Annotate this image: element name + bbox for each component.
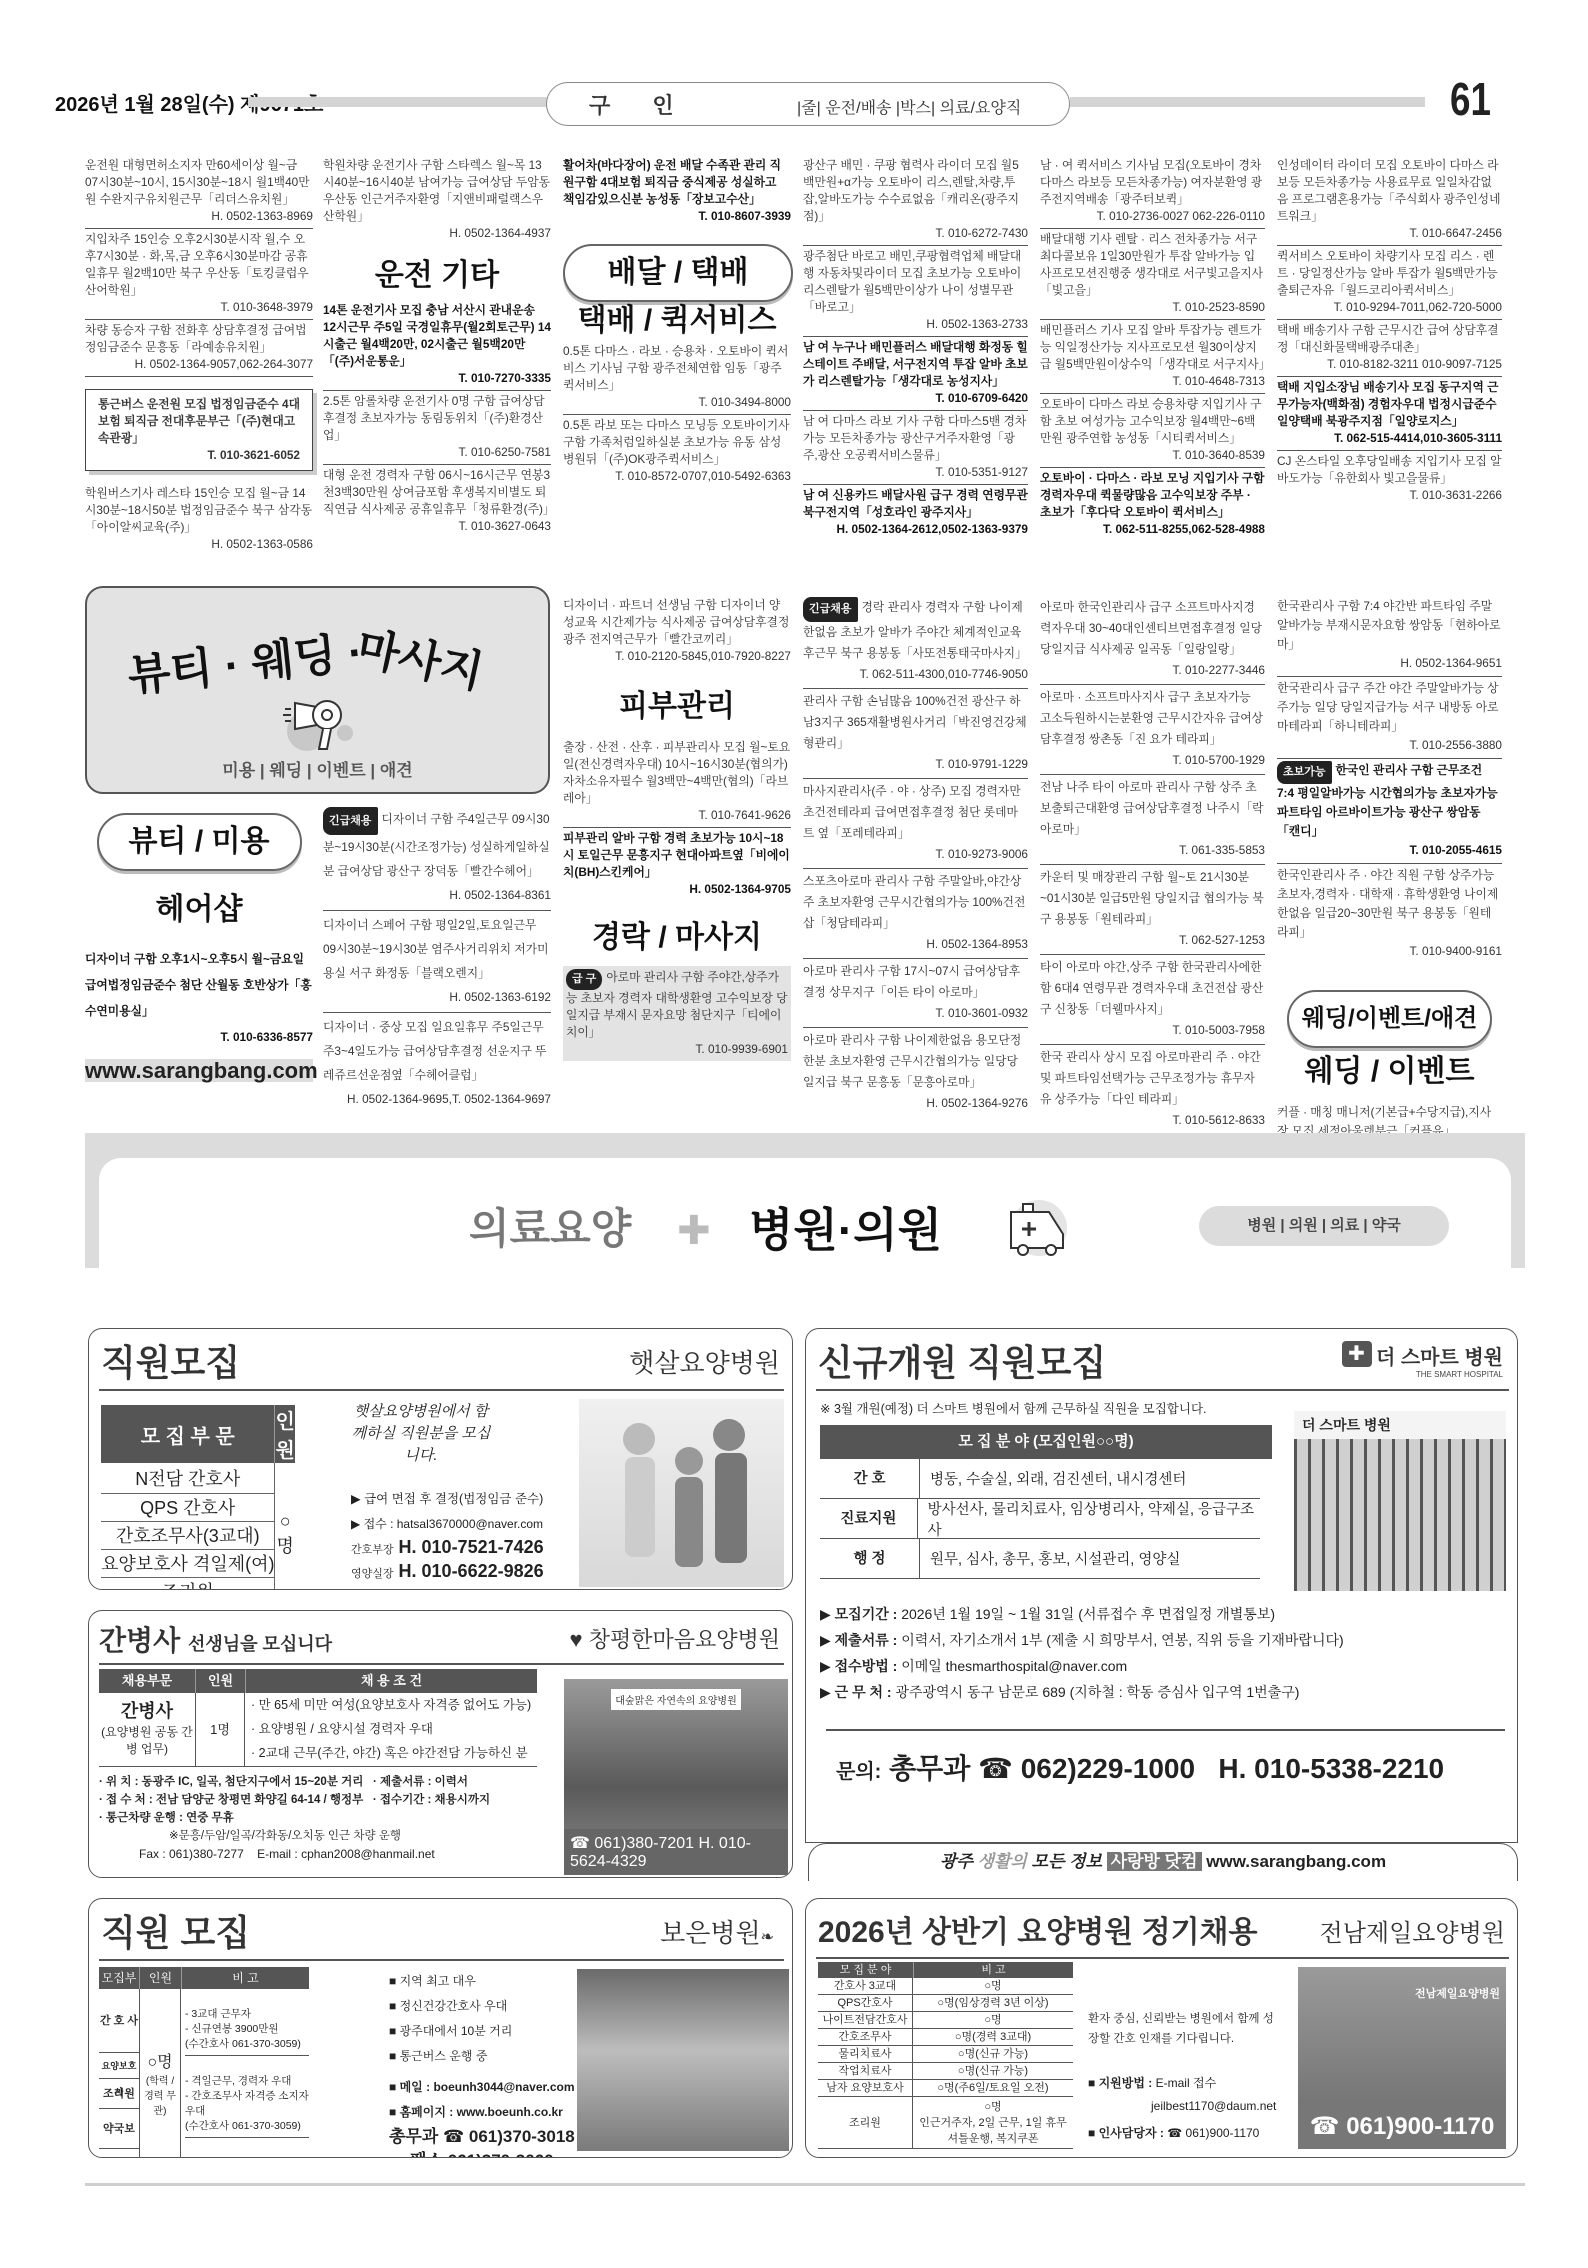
medical-banner-inner: 의료요양 ✚ 병원·의원 병원 | 의원 | 의료 | 약국 (99, 1158, 1511, 1268)
info-item: ▶ 제출서류 : 이력서, 자기소개서 1부 (제출 시 희망부서, 연봉, 직… (820, 1627, 1344, 1653)
position-cell: 요양보호사 격일제(여) (101, 1549, 275, 1577)
banner-categories: 미용 | 웨딩 | 이벤트 | 애견 (87, 756, 548, 781)
beginner-tag: 초보가능 (1277, 761, 1332, 784)
medical-banner: 의료요양 ✚ 병원·의원 병원 | 의원 | 의료 | 약국 (85, 1133, 1525, 1268)
photo-contact: ☎ 061)900-1170 (1298, 2105, 1506, 2149)
delivery-column-6: 인성데이터 라이더 모집 오토바이 다마스 라보등 모든차종가능 사용료무료 일… (1277, 155, 1502, 507)
section-heading: 웨딩 / 이벤트 (1277, 1062, 1502, 1081)
ad-title: 신규개원 직원모집 (818, 1335, 1106, 1386)
ad-title: 2026년 상반기 요양병원 정기채용 (818, 1907, 1258, 1951)
homepage-link[interactable]: ■ 홈페이지 : www.boeunh.co.kr (389, 2100, 575, 2125)
table-header: 모집부문인원비 고 (99, 1967, 309, 1989)
info-item: ▶ 접수방법 : 이메일 thesmarthospital@naver.com (820, 1653, 1344, 1679)
details: · 위 치 : 동광주 IC, 일곡, 첨단지구에서 15~20분 거리 · 제… (99, 1773, 539, 1863)
medical-staff-illustration (579, 1399, 784, 1587)
sarangbang-banner[interactable]: 광주 생활의 모든 정보 사랑방 닷컴 www.sarangbang.com (808, 1843, 1518, 1881)
classified-ad: 아로마 한국인관리사 급구 소프트마사지경력자우대 30~40대인센티브면접후결… (1040, 595, 1265, 685)
banner-title-left: 의료요양 (469, 1196, 631, 1256)
banner-title: 뷰티 · 웨딩 · (124, 616, 365, 704)
classified-ad: 한국관리사 급구 주간 야간 주말알바가능 상주가능 일당 당일지급가능 서구 … (1277, 677, 1502, 759)
table-row: 물리치료사○명(신규 가능) (818, 2046, 1073, 2063)
classified-ad: 마사지관리사(주 · 야 · 상주) 모집 경력자만 초건전테라피 급여면접후결… (803, 779, 1028, 869)
delivery-column-4: 광산구 배민 · 쿠팡 협력사 라이더 모집 월5백만원+α가능 오토바이 리스… (803, 155, 1028, 541)
classified-ad: 디자이너 스페어 구함 평일2일,토요일근무 09시30분~19시30분 염주사… (323, 911, 551, 1013)
info-item: ▶ 모집기간 : 2026년 1월 19일 ~ 1월 31일 (서류접수 후 면… (820, 1601, 1344, 1627)
photo-caption: 대숲맑은 자연속의 요양병원 (611, 1689, 741, 1710)
classified-ad: 아로마 관리사 구함 나이제한없음 용모단정한분 초보자환영 근무시간협의가능 … (803, 1028, 1028, 1117)
classified-ad: 한국인관리사 주 · 야간 직원 구함 상주가능 초보자,경력자 · 대학재 ·… (1277, 864, 1502, 964)
table-row: 간호조무사○명(경력 3교대) (818, 2029, 1073, 2046)
delivery-column-5: 남 · 여 퀵서비스 기사님 모집(오토바이 경차 다마스 라보등 모든차종가능… (1040, 155, 1265, 541)
positions-table: 모 집 부 문인원 N전담 간호사○명 QPS 간호사 간호조무사(3교대) 요… (101, 1405, 295, 1590)
classified-ad: 오토바이 · 다마스 · 라보 모닝 지입기사 구함 경력자우대 퀵물량많음 고… (1040, 468, 1265, 541)
classified-ad: 스포츠아로마 관리사 구함 주말알바,야간상주 초보자환영 근무시간협의가능 1… (803, 869, 1028, 959)
table-row: 간호사 3교대○명 (818, 1978, 1073, 1995)
table-header: 모 집 분 야비 고 (818, 1962, 1073, 1978)
classified-ad: 남 여 다마스 라보 기사 구함 다마스5밴 경차가능 모든차종가능 광산구거주… (803, 411, 1028, 485)
hospital-name: ♥ 창평한마음요양병원 (570, 1623, 780, 1654)
classified-ad: 관리사 구함 손님많음 100%건전 광산구 하남3지구 365재활병원사거리「… (803, 689, 1028, 779)
delivery-column-3: 활어차(바다장어) 운전 배달 수족관 관리 직원구함 4대보험 퇴직금 중식제… (563, 155, 791, 488)
section-heading: 피부관리 (563, 698, 791, 715)
beauty-banner: 뷰티 · 웨딩 · 마사지 미용 | 웨딩 | 이벤트 | 애견 (85, 586, 550, 794)
section-pill-heading: 뷰티 / 미용 (97, 813, 302, 871)
classified-ad: 0.5톤 다마스 · 라보 · 승용차 · 오토바이 퀵서비스 기사님 구함 광… (563, 341, 791, 415)
section-pill-heading: 배달 / 택배 (563, 244, 793, 302)
table-header: 모 집 부 문 (101, 1405, 275, 1463)
classified-ad: 한국관리사 구함 7:4 야간반 파트타임 주말알바가능 부재시문자요함 쌍암동… (1277, 595, 1502, 677)
section-pill: 구 인 |줄| 운전/배송 |박스| 의료/요양직 (546, 82, 1070, 126)
smart-hospital-ad: 신규개원 직원모집 ✚ 더 스마트 병원 THE SMART HOSPITAL … (805, 1328, 1518, 1843)
photo-contact: ☎ 061)380-7201 H. 010-5624-4329 (564, 1829, 788, 1875)
table-row: 나이트전담간호사○명 (818, 2012, 1073, 2029)
hospital-name: 보은병원❧ (660, 1913, 774, 1950)
table-row: 행 정원무, 심사, 총무, 홍보, 시설관리, 영양실 (820, 1539, 1260, 1579)
classified-ad: 남 · 여 퀵서비스 기사님 모집(오토바이 경차 다마스 라보등 모든차종가능… (1040, 155, 1265, 229)
table-body: 간 호 사 요양보호사 조리원 약국보조 ○명(학력 / 경력 무관) - 3교… (99, 1989, 309, 2158)
classified-ad: 아로마 관리사 구함 17시~07시 급여상담후결정 상무지구「이든 타이 아로… (803, 959, 1028, 1028)
cross-icon: ✚ (677, 1208, 711, 1254)
classified-ad: 카운터 및 매장관리 구함 월~토 21시30분~01시30분 일급5만원 당일… (1040, 865, 1265, 955)
jeonnam-hospital-ad: 2026년 상반기 요양병원 정기채용 전남제일요양병원 모 집 분 야비 고 … (805, 1898, 1518, 2158)
website-url[interactable]: www.sarangbang.com (85, 1059, 313, 1082)
hospital-name: 전남제일요양병원 (1320, 1913, 1505, 1948)
hatsal-hospital-ad: 직원모집 햇살요양병원 모 집 부 문인원 N전담 간호사○명 QPS 간호사 … (88, 1328, 793, 1590)
cross-logo-icon: ✚ (1342, 1341, 1372, 1367)
classified-ad: 퀵서비스 오토바이 차량기사 모집 리스 · 렌트 · 당일정산가능 알바 투잡… (1277, 246, 1502, 320)
contact-fax: 팩스 061)370-3060 (389, 2149, 575, 2158)
intro-text: 햇살요양병원에서 함께하실 직원분을 모십니다. (351, 1401, 491, 1467)
classified-ad: 차량 동승자 구함 전화후 상담후결정 급여법정임금준수 문흥동「라예송유치원」… (85, 320, 313, 377)
ad-title: 직원모집 (101, 1335, 240, 1386)
positions-table: 모 집 분 야비 고 간호사 3교대○명 QPS간호사○명(임상경력 3년 이상… (818, 1962, 1073, 2149)
classified-ad: 택배 지입소장님 배송기사 모집 동구지역 근무가능자(백화점) 경험자우대 법… (1277, 377, 1502, 451)
apply-method: ■ 지원방법 : E-mail 접수 (1088, 2074, 1216, 2091)
contact-line: 문의: 총무과 ☎ 062)229-1000 H. 010-5338-2210 (836, 1747, 1444, 1787)
beauty-column-5: 아로마 한국인관리사 급구 소프트마사지경력자우대 30~40대인센티브면접후결… (1040, 595, 1265, 1224)
classified-ad: 광산구 배민 · 쿠팡 협력사 라이더 모집 월5백만원+α가능 오토바이 리스… (803, 155, 1028, 246)
positions-table: 모집부문인원비 고 간 호 사 요양보호사 조리원 약국보조 ○명(학력 / 경… (99, 1967, 309, 2158)
table-row: 간 호병동, 수술실, 외래, 검진센터, 내시경센터 (820, 1459, 1260, 1499)
classified-ad: 디자이너 · 파트너 선생님 구함 디자이너 양성교육 시간제가능 식사제공 급… (563, 595, 791, 668)
boeun-hospital-ad: 직원 모집 보은병원❧ 모집부문인원비 고 간 호 사 요양보호사 조리원 약국… (88, 1898, 793, 2158)
classified-ad: 배달대행 기사 렌탈 · 리스 전차종가능 서구 최다콜보유 1일30만원가 투… (1040, 229, 1265, 320)
classified-ad: 타이 아로마 야간,상주 구함 한국관리사에한함 6대4 연령무관 경력자우대 … (1040, 955, 1265, 1045)
divider (99, 1959, 784, 1961)
classified-ad: 디자이너 구함 오후1시~오후5시 월~금요일 급여법정임금준수 첨단 산월동 … (85, 944, 313, 1053)
urgent-tag: 긴급채용 (323, 807, 378, 835)
banner-title-right: 병원·의원 (749, 1194, 942, 1260)
email-link[interactable]: ■ 메일 : boeunh3044@naver.com (389, 2075, 575, 2100)
salary-note: ▶ 급여 면접 후 결정(법정임금 준수) (351, 1489, 543, 1507)
staff-figures-icon (579, 1399, 784, 1587)
page-header: 2026년 1월 28일(수) 제9671호 구 인 |줄| 운전/배송 |박스… (0, 0, 1588, 140)
position-cell: N전담 간호사 (101, 1463, 275, 1493)
divider (816, 1389, 1509, 1391)
table-row: QPS간호사○명(임상경력 3년 이상) (818, 1995, 1073, 2012)
classified-ad: 남 여 누구나 배민플러스 배달대행 화정동 힐스테이트 주배달, 서구전지역 … (803, 337, 1028, 411)
table-row: 남자 요양보호사○명(주6일/토요일 오전) (818, 2080, 1073, 2097)
urgent-tag: 급 구 (566, 969, 602, 990)
classified-ad: 대형 운전 경력자 구함 06시~16시근무 연봉3천3백30만원 상여금포함 … (323, 465, 551, 538)
heart-apple-icon: ♥ (570, 1627, 583, 1652)
beauty-column-1: 뷰티 / 미용 헤어샵 디자이너 구함 오후1시~오후5시 월~금요일 급여법정… (85, 805, 313, 1082)
hr-contact: ■ 인사담당자 : ☎ 061)900-1170 (1088, 2124, 1259, 2141)
table-row: 간병사(요양병원 공동 간병 업무) 1명 · 만 65세 미만 여성(요양보호… (99, 1693, 537, 1767)
divider (826, 1729, 1505, 1731)
beauty-column-6: 한국관리사 구함 7:4 야간반 파트타임 주말알바가능 부재시문자요함 쌍암동… (1277, 595, 1502, 1163)
classified-ad: 학원차량 운전기사 구함 스타렉스 월~목 13시40분~16시40분 남여가능… (323, 155, 551, 245)
hospital-name: 햇살요양병원 (629, 1343, 780, 1380)
beauty-column-4: 긴급채용경락 관리사 경력자 구함 나이제한없음 초보가 알바가 주야간 체계적… (803, 595, 1028, 1117)
ad-title: 간병사 선생님을 모십니다 (99, 1619, 332, 1659)
fax-email: Fax : 061)380-7277 E-mail : cphan2008@ha… (99, 1845, 539, 1863)
apply-email[interactable]: ▶ 접수 : hatsal3670000@naver.com (351, 1515, 543, 1532)
classified-ad: 남 여 신용카드 배달사원 급구 경력 연령무관 북구전지역「성호라인 광주지사… (803, 485, 1028, 541)
hair-dryer-icon (277, 693, 357, 753)
classified-ad: 전남 나주 타이 아로마 관리사 구함 상주 초보출퇴근대환영 급여상담후결정 … (1040, 775, 1265, 865)
contact-line: 영양실장 H. 010-6622-9826 (351, 1561, 544, 1582)
position-cell: 조리원 (101, 1577, 275, 1590)
classified-ad: CJ 온스타일 오후당일배송 지입기사 모집 알바도가능「유한회사 빛고을물류」… (1277, 451, 1502, 507)
classified-ad: 지입차주 15인승 오후2시30분시작 월,수 오후7시30분 · 화,목,금 … (85, 229, 313, 320)
section-heading: 경락 / 마사지 (563, 929, 791, 946)
hospital-building-photo (577, 1969, 789, 2151)
urgent-tag: 긴급채용 (803, 597, 858, 622)
table-row: 진료지원방사선사, 물리치료사, 임상병리사, 약제실, 응급구조사 (820, 1499, 1260, 1539)
divider (99, 1663, 784, 1665)
contact-tel: 총무과 ☎ 061)370-3018 (389, 2125, 575, 2149)
hospital-building-photo: 전남제일요양병원 ☎ 061)900-1170 (1298, 1967, 1506, 2149)
boxed-ad: 통근버스 운전원 모집 법정임금준수 4대보험 퇴직금 전대후문부근「(주)현대… (85, 389, 313, 471)
beauty-column-3: 디자이너 · 파트너 선생님 구함 디자이너 양성교육 시간제가능 식사제공 급… (563, 595, 791, 1061)
changpyeong-hospital-ad: 간병사 선생님을 모십니다 ♥ 창평한마음요양병원 채용부문인원채 용 조 건 … (88, 1610, 793, 1878)
info-list: ▶ 모집기간 : 2026년 1월 19일 ~ 1월 31일 (서류접수 후 면… (820, 1601, 1344, 1705)
beauty-column-2: 긴급채용디자이너 구함 주4일근무 09시30분~19시30분(시간조정가능) … (323, 805, 551, 1114)
section-pill-heading: 웨딩/이벤트/애견 (1287, 990, 1492, 1048)
table-header: 인원 (275, 1405, 295, 1463)
ad-title: 직원 모집 (101, 1905, 250, 1956)
classified-ad: 긴급채용경락 관리사 경력자 구함 나이제한없음 초보가 알바가 주야간 체계적… (803, 595, 1028, 689)
banner-title: 마사지 (352, 611, 490, 700)
classified-ad: 긴급채용디자이너 구함 주4일근무 09시30분~19시30분(시간조정가능) … (323, 805, 551, 911)
position-cell: 간호조무사(3교대) (101, 1521, 275, 1549)
divider (99, 1389, 784, 1391)
classified-ad: 활어차(바다장어) 운전 배달 수족관 관리 직원구함 4대보험 퇴직금 중식제… (563, 155, 791, 228)
leaf-icon: ❧ (761, 1929, 774, 1946)
section-heading: 택배 / 퀵서비스 (563, 312, 791, 329)
driving-column-2: 학원차량 운전기사 구함 스타렉스 월~목 13시40분~16시40분 남여가능… (323, 155, 551, 538)
classified-ad: 출장 · 산전 · 산후 · 피부관리사 모집 월~토요일(전신경력자우대) 1… (563, 737, 791, 828)
table-row: 조리원○명 인근거주자, 2일 근무, 1일 휴무 셔틀운행, 복지쿠폰 (818, 2097, 1073, 2149)
building-sign: 더 스마트 병원 (1294, 1411, 1506, 1439)
section-heading: 운전 기타 (323, 267, 551, 284)
contact-line: 간호부장 H. 010-7521-7426 (351, 1537, 544, 1558)
classified-ad: 급 구아로마 관리사 구함 주야간,상주가능 초보자 경력자 대학생환영 고수익… (563, 966, 791, 1061)
header-rule (1070, 97, 1425, 107)
classified-ad: 오토바이 다마스 라보 승용차량 지입기사 구함 초보 여성가능 고수익보장 월… (1040, 394, 1265, 468)
hospital-logo: ✚ 더 스마트 병원 THE SMART HOSPITAL (1342, 1341, 1504, 1379)
divider (816, 1957, 1509, 1959)
count-cell: ○명 (275, 1463, 295, 1590)
classified-ad: 광주첨단 바로고 배민,쿠팡협력업체 배달대행 자동차및라이더 모집 초보가능 … (803, 246, 1028, 337)
classified-ad: 14톤 운전기사 모집 충남 서산시 관내운송 12시근무 주5일 국경일휴무(… (323, 300, 551, 391)
classified-ad: 피부관리 알바 구함 경력 초보가능 10시~18시 토일근무 문흥지구 현대아… (563, 828, 791, 901)
section-title: 구 인 (589, 89, 692, 120)
header-rule (248, 97, 548, 107)
classified-ad: 인성데이터 라이더 모집 오토바이 다마스 라보등 모든차종가능 사용료무료 일… (1277, 155, 1502, 246)
classified-ad: 한국 관리사 상시 모집 아로마관리 주 · 야간 및 파트타임선택가능 근무조… (1040, 1045, 1265, 1135)
classified-ad: 0.5톤 라보 또는 다마스 모닝등 오토바이기사 구함 가족처럼일하실분 초보… (563, 415, 791, 488)
table-row: 작업치료사○명(신규 가능) (818, 2063, 1073, 2080)
classified-ad: 학원버스기사 레스타 15인승 모집 월~금 14시30분~18시50분 법정임… (85, 483, 313, 556)
fields-table: 간 호병동, 수술실, 외래, 검진센터, 내시경센터 진료지원방사선사, 물리… (820, 1459, 1260, 1579)
building-sign: 전남제일요양병원 (1298, 1967, 1506, 2001)
notice: ※ 3월 개원(예정) 더 스마트 병원에서 함께 근무하실 직원을 모집합니다… (820, 1399, 1207, 1417)
apply-email[interactable]: jeilbest1170@daum.net (1151, 2099, 1276, 2113)
positions-table: 채용부문인원채 용 조 건 간병사(요양병원 공동 간병 업무) 1명 · 만 … (99, 1669, 537, 1767)
classified-ad: 택배 배송기사 구함 근무시간 급여 상담후결정「대신화물택배광주대촌」T. 0… (1277, 320, 1502, 377)
position-cell: QPS 간호사 (101, 1493, 275, 1521)
bottom-rule (85, 2183, 1525, 2186)
hospital-building-photo: 대숲맑은 자연속의 요양병원 ☎ 061)380-7201 H. 010-562… (564, 1679, 788, 1875)
banner-categories: 병원 | 의원 | 의료 | 약국 (1199, 1206, 1449, 1246)
table-header: 모 집 분 야 (모집인원○○명) (820, 1425, 1272, 1459)
ambulance-icon (999, 1198, 1079, 1258)
classified-ad: 배민플러스 기사 모집 알바 투잡가능 렌트가능 익일정산가능 지사프로모션 월… (1040, 320, 1265, 394)
section-heading: 헤어샵 (85, 901, 313, 918)
classified-ad: 디자이너 · 중상 모집 일요일휴무 주5일근무 주3~4일도가능 급여상담후결… (323, 1013, 551, 1114)
classified-ad: 초보가능한국인 관리사 구함 근무조건 7:4 평일알바가능 시간협의가능 초보… (1277, 759, 1502, 864)
page-number: 61 (1450, 72, 1491, 126)
driving-column-1: 운전원 대형면허소지자 만60세이상 월~금 07시30분~10시, 15시30… (85, 155, 313, 556)
classified-ad: 운전원 대형면허소지자 만60세이상 월~금 07시30분~10시, 15시30… (85, 155, 313, 229)
section-subtitle: |줄| 운전/배송 |박스| 의료/요양직 (797, 95, 1021, 118)
table-header: 채용부문인원채 용 조 건 (99, 1669, 537, 1693)
hospital-building-photo: 더 스마트 병원 (1294, 1411, 1506, 1591)
info-item: ▶ 근 무 처 : 광주광역시 동구 남문로 689 (지하철 : 학동 증심사… (820, 1679, 1344, 1705)
benefits-list: ■ 지역 최고 대우 ■ 정신건강간호사 우대 ■ 광주대에서 10분 거리 ■… (389, 1969, 575, 2158)
intro-text: 환자 중심, 신뢰받는 병원에서 함께 성장할 간호 인재를 기다립니다. (1088, 2009, 1278, 2049)
classified-ad: 아로마 · 소프트마사지사 급구 초보자가능 고소득원하시는분환영 근무시간자유… (1040, 685, 1265, 775)
classified-ad: 2.5톤 암롤차량 운전기사 0명 구함 급여상담후결정 초보자가능 동림동위치… (323, 391, 551, 465)
